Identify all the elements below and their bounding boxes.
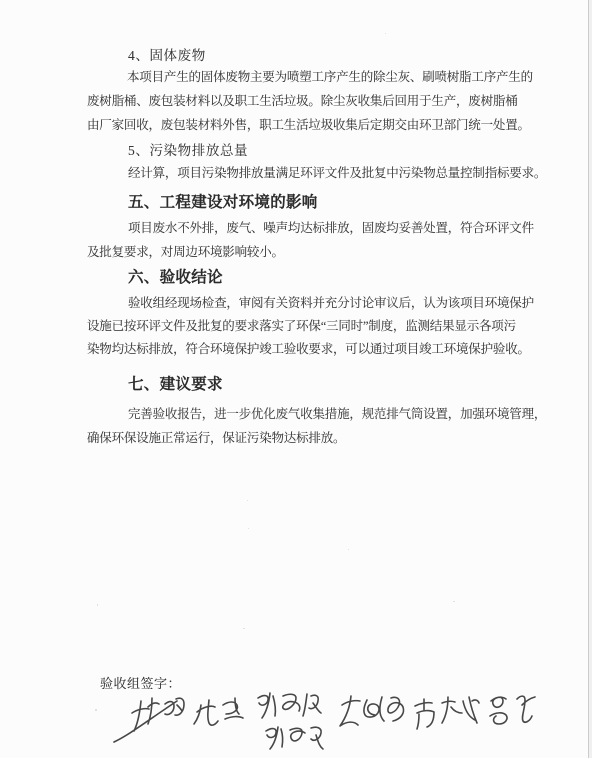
signature-7: 聂飞 bbox=[490, 696, 535, 724]
scan-speck bbox=[453, 601, 455, 602]
handwritten-signatures: 牛树明 先美霞 郭文清 郭彦军 袁绍尧 bbox=[85, 683, 555, 758]
section-5-line-1: 经计算，项目污染物排放量满足环评文件及批复中污染物总量控制指标要求。 bbox=[128, 163, 546, 181]
section-liu-heading: 六、验收结论 bbox=[128, 265, 223, 287]
scanned-document-page: 4、固体废物 本项目产生的固体废物主要为喷塑工序产生的除尘灰、刷喷树脂工序产生的… bbox=[0, 0, 592, 758]
section-4-line-2: 废树脂桶、废包装材料以及职工生活垃圾。除尘灰收集后回用于生产，废树脂桶 bbox=[87, 91, 518, 109]
section-qi-line-1: 完善验收报告，进一步优化废气收集措施，规范排气筒设置，加强环境管理， bbox=[128, 404, 546, 422]
scan-speck bbox=[97, 604, 98, 606]
scan-speck bbox=[385, 33, 386, 34]
signature-6: 高永成 bbox=[415, 697, 479, 729]
section-4-line-3: 由厂家回收，废包装材料外售，职工生活垃圾收集后定期交由环卫部门统一处置。 bbox=[87, 115, 530, 133]
section-wu-line-2: 及批复要求，对周边环境影响较小。 bbox=[87, 242, 284, 260]
signature-4: 郭彦军 bbox=[266, 727, 323, 749]
scan-page-edge-line bbox=[588, 0, 589, 758]
section-liu-line-1: 验收组经现场检查，审阅有关资料并充分讨论审议后，认为该项目环境保护 bbox=[128, 293, 534, 311]
scan-speck bbox=[248, 528, 249, 529]
signature-1: 牛树明 bbox=[114, 698, 184, 742]
signature-5: 袁绍尧 bbox=[340, 696, 404, 726]
section-4-heading: 4、固体废物 bbox=[128, 44, 206, 64]
section-liu-line-2: 设施已按环评文件及批复的要求落实了环保“三同时”制度，监测结果显示各项污 bbox=[87, 316, 516, 334]
scan-speck bbox=[95, 709, 97, 711]
signature-2: 先美霞 bbox=[194, 698, 243, 725]
section-qi-line-2: 确保环保设施正常运行，保证污染物达标排放。 bbox=[87, 428, 345, 446]
scan-speck bbox=[247, 500, 248, 501]
scan-speck bbox=[348, 549, 349, 550]
section-wu-line-1: 项目废水不外排，废气、噪声均达标排放，固废均妥善处置，符合环评文件 bbox=[128, 218, 534, 236]
section-wu-heading: 五、工程建设对环境的影响 bbox=[128, 190, 318, 212]
section-qi-heading: 七、建议要求 bbox=[128, 372, 223, 394]
scan-speck bbox=[243, 628, 245, 629]
signature-3: 郭文清 bbox=[258, 693, 321, 718]
section-5-heading: 5、污染物排放总量 bbox=[128, 139, 248, 159]
section-4-line-1: 本项目产生的固体废物主要为喷塑工序产生的除尘灰、刷喷树脂工序产生的 bbox=[127, 67, 533, 85]
section-liu-line-3: 染物均达标排放，符合环境保护竣工验收要求，可以通过项目竣工环境保护验收。 bbox=[87, 339, 530, 357]
